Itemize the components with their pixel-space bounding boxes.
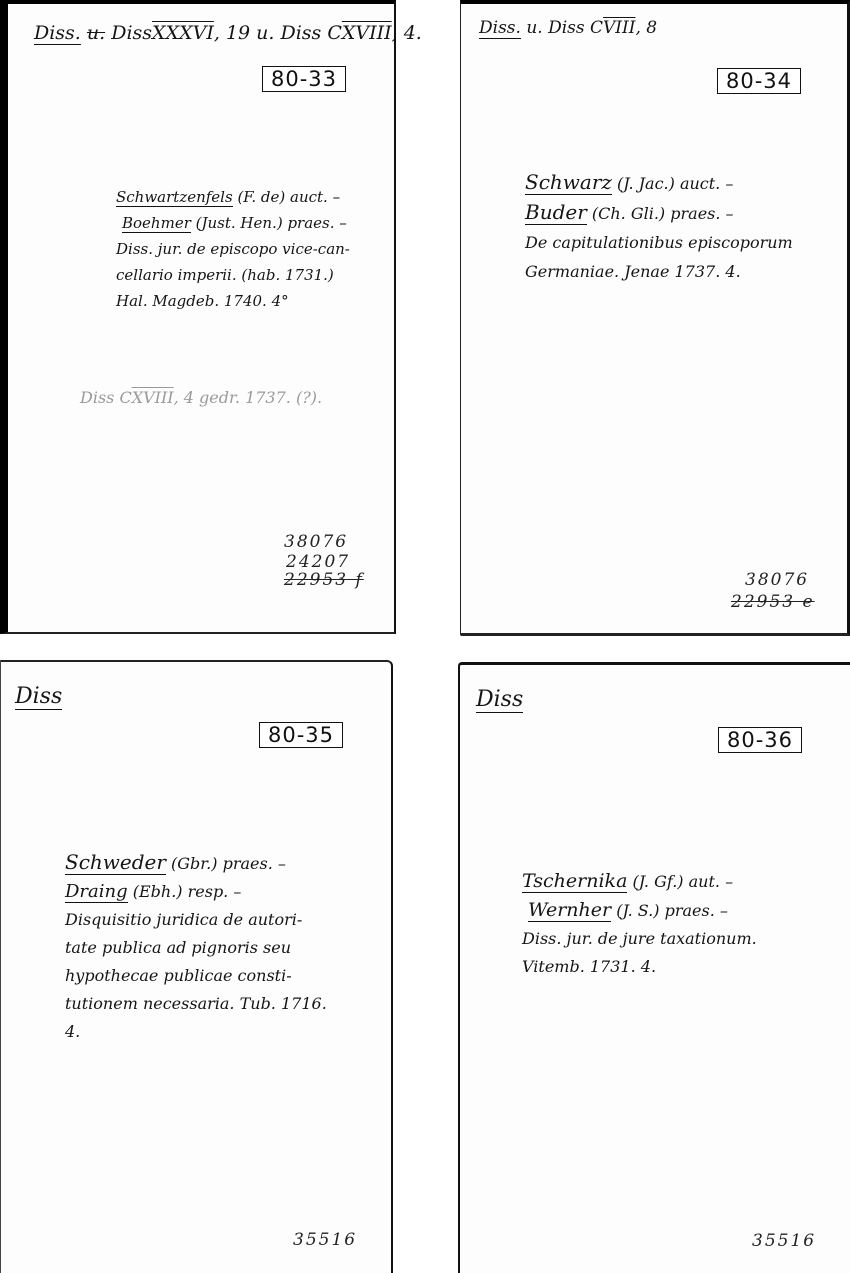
note-text: , 4.	[392, 22, 422, 44]
author-line: Schwartzenfels (F. de) auct. –	[116, 184, 350, 210]
catalog-card-80-36: Diss 80-36 Tschernika (J. Gf.) aut. – We…	[458, 662, 850, 1273]
catalog-card-80-34: Diss. u. Diss CVIII, 8 80-34 Schwarz (J.…	[460, 0, 850, 636]
title-line: Disquisitio juridica de autori-	[65, 906, 327, 934]
author-detail: (J. Jac.) auct. –	[612, 174, 733, 193]
note-text: Diss	[111, 22, 152, 44]
imprint-line: Vitemb. 1731. 4.	[522, 953, 757, 981]
title-line: Diss. jur. de jure taxationum.	[522, 925, 757, 953]
title-line: cellario imperii. (hab. 1731.)	[116, 262, 350, 288]
note-text: Diss C	[80, 388, 132, 407]
praeses-line: Wernher (J. S.) praes. –	[522, 896, 757, 925]
praeses-detail: (Ch. Gli.) praes. –	[587, 204, 734, 223]
author-name: Schwarz	[525, 170, 612, 195]
author-detail: (Gbr.) praes. –	[166, 854, 286, 873]
imprint-line: Hal. Magdeb. 1740. 4°	[116, 288, 350, 314]
praeses-line: Draing (Ebh.) resp. –	[65, 878, 327, 906]
accession-number: 35516	[752, 1231, 816, 1251]
praeses-detail: (Just. Hen.) praes. –	[191, 214, 347, 232]
accession-number-struck: 22953 f	[284, 570, 364, 590]
call-number: 80-35	[259, 722, 343, 748]
accession-number: 35516	[293, 1230, 357, 1250]
format-line: 4.	[65, 1018, 327, 1046]
catalog-card-80-35: Diss 80-35 Schweder (Gbr.) praes. – Drai…	[0, 660, 393, 1273]
catalog-entry: Schwartzenfels (F. de) auct. – Boehmer (…	[116, 184, 350, 314]
imprint-line: Germaniae. Jenae 1737. 4.	[525, 257, 793, 286]
top-shelf-note: Diss. u. DissXXXVI, 19 u. Diss CXVIII, 4…	[34, 22, 422, 44]
roman-numeral: XXXVI	[152, 22, 214, 44]
accession-number: 38076	[745, 570, 809, 590]
note-text: u. Diss C	[521, 18, 603, 38]
author-line: Schwarz (J. Jac.) auct. –	[525, 168, 793, 198]
struck-text: u.	[87, 22, 105, 44]
note-prefix: Diss.	[34, 22, 81, 45]
imprint-line: tutionem necessaria. Tub. 1716.	[65, 990, 327, 1018]
praeses-name: Buder	[525, 200, 587, 225]
note-prefix: Diss	[476, 687, 523, 713]
author-detail: (J. Gf.) aut. –	[627, 872, 733, 891]
call-number: 80-34	[717, 68, 801, 94]
roman-numeral: XVIII	[132, 388, 174, 407]
praeses-detail: (J. S.) praes. –	[611, 901, 728, 920]
respondent-detail: (Ebh.) resp. –	[128, 882, 242, 901]
top-shelf-note: Diss	[476, 687, 523, 712]
author-name: Schwartzenfels	[116, 188, 233, 207]
call-number: 80-36	[718, 727, 802, 753]
note-text: , 8	[635, 18, 657, 38]
title-line: tate publica ad pignoris seu	[65, 934, 327, 962]
author-name: Tschernika	[522, 870, 627, 893]
author-name: Schweder	[65, 850, 166, 875]
catalog-entry: Schwarz (J. Jac.) auct. – Buder (Ch. Gli…	[525, 168, 793, 286]
note-prefix: Diss.	[479, 18, 521, 39]
title-line: Diss. jur. de episcopo vice-can-	[116, 236, 350, 262]
roman-numeral: XVIII	[342, 22, 392, 44]
title-line: De capitulationibus episcoporum	[525, 228, 793, 257]
author-line: Tschernika (J. Gf.) aut. –	[522, 867, 757, 896]
pencil-note: Diss CXVIII, 4 gedr. 1737. (?).	[80, 388, 322, 407]
roman-numeral: VIII	[603, 18, 635, 38]
catalog-entry: Schweder (Gbr.) praes. – Draing (Ebh.) r…	[65, 848, 327, 1046]
catalog-card-80-33: Diss. u. DissXXXVI, 19 u. Diss CXVIII, 4…	[0, 0, 396, 634]
praeses-line: Boehmer (Just. Hen.) praes. –	[116, 210, 350, 236]
accession-number-struck: 22953 e	[731, 592, 815, 612]
respondent-name: Draing	[65, 881, 128, 903]
note-text: , 19 u. Diss C	[214, 22, 342, 44]
top-shelf-note: Diss	[15, 684, 62, 709]
note-prefix: Diss	[15, 684, 62, 710]
accession-number: 38076	[284, 532, 348, 552]
praeses-line: Buder (Ch. Gli.) praes. –	[525, 198, 793, 228]
author-line: Schweder (Gbr.) praes. –	[65, 848, 327, 878]
author-detail: (F. de) auct. –	[233, 188, 340, 206]
praeses-name: Boehmer	[122, 214, 191, 233]
accession-number: 24207	[286, 552, 350, 572]
call-number: 80-33	[262, 66, 346, 92]
note-text: , 4 gedr. 1737. (?).	[174, 388, 323, 407]
title-line: hypothecae publicae consti-	[65, 962, 327, 990]
top-shelf-note: Diss. u. Diss CVIII, 8	[479, 18, 657, 38]
praeses-name: Wernher	[528, 899, 611, 922]
catalog-entry: Tschernika (J. Gf.) aut. – Wernher (J. S…	[522, 867, 757, 981]
